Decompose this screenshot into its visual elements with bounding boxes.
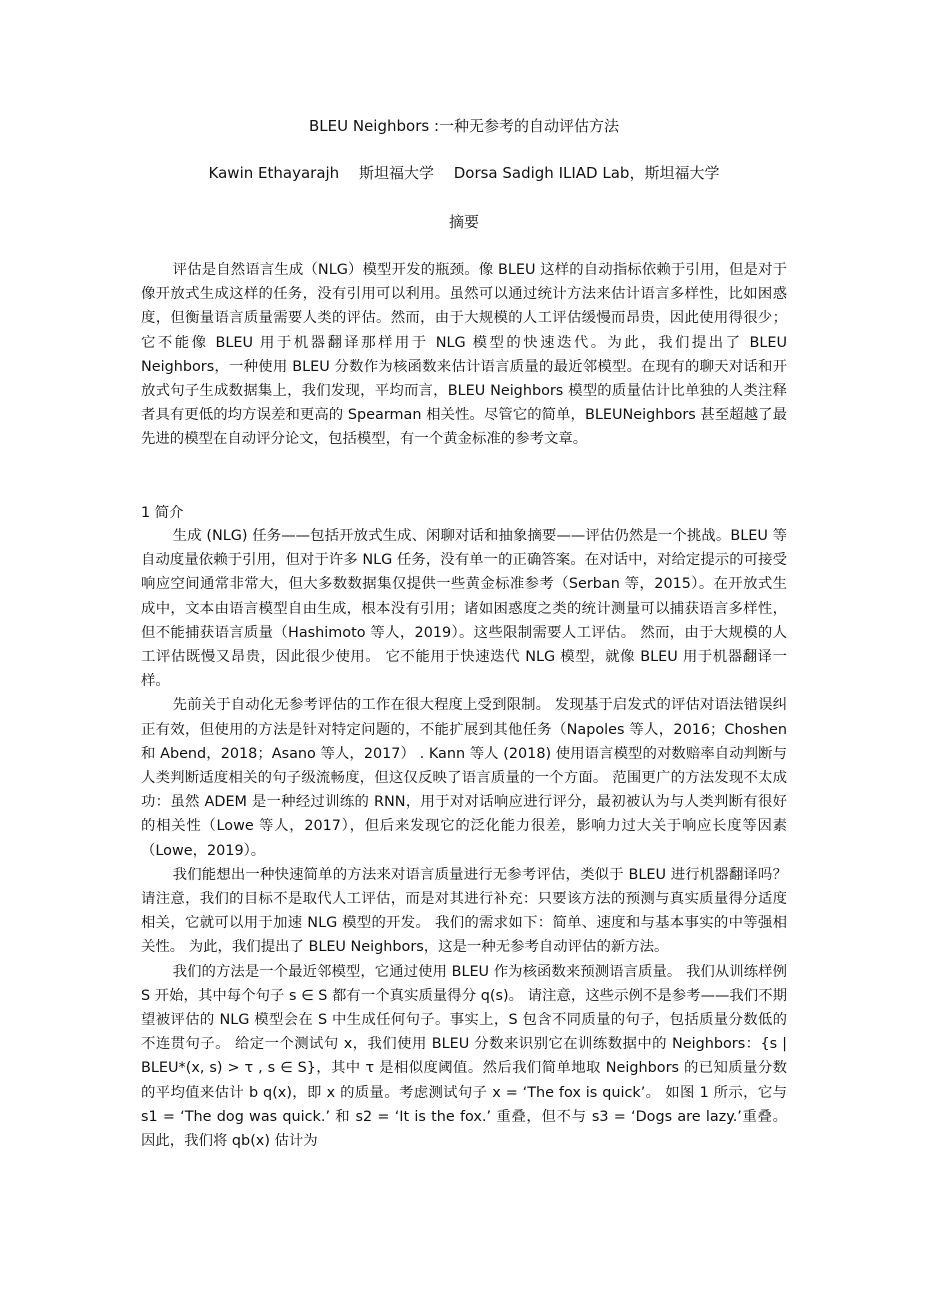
- abstract-heading: 摘要: [141, 211, 787, 233]
- body-paragraph: 生成 (NLG) 任务——包括开放式生成、闲聊对话和抽象摘要——评估仍然是一个挑…: [141, 524, 787, 693]
- section-heading-introduction: 1 简介: [141, 502, 184, 524]
- body-paragraph: 我们的方法是一个最近邻模型，它通过使用 BLEU 作为核函数来预测语言质量。 我…: [141, 960, 787, 1154]
- section-introduction-body: 生成 (NLG) 任务——包括开放式生成、闲聊对话和抽象摘要——评估仍然是一个挑…: [141, 524, 787, 1153]
- paper-authors: Kawin Ethayarajh 斯坦福大学 Dorsa Sadigh ILIA…: [141, 162, 787, 184]
- body-paragraph: 先前关于自动化无参考评估的工作在很大程度上受到限制。 发现基于启发式的评估对语法…: [141, 693, 787, 862]
- body-paragraph: 我们能想出一种快速简单的方法来对语言质量进行无参考评估，类似于 BLEU 进行机…: [141, 863, 787, 960]
- abstract: 评估是自然语言生成（NLG）模型开发的瓶颈。像 BLEU 这样的自动指标依赖于引…: [141, 258, 787, 452]
- paper-title: BLEU Neighbors :一种无参考的自动评估方法: [141, 115, 787, 137]
- abstract-paragraph: 评估是自然语言生成（NLG）模型开发的瓶颈。像 BLEU 这样的自动指标依赖于引…: [141, 258, 787, 452]
